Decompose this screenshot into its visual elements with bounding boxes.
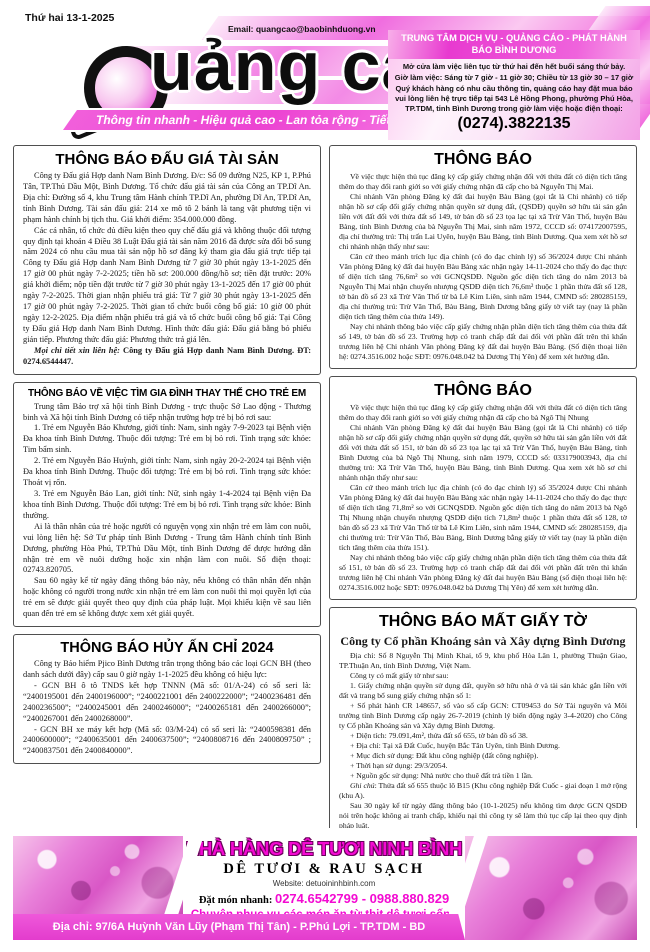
notice-insurance: THÔNG BÁO HỦY ẤN CHỈ 2024 Công ty Bảo hi…: [13, 634, 321, 764]
tagline-text: Thông tin nhanh - Hiệu quả cao - Lan tỏa…: [70, 108, 400, 132]
service-center-box: TRUNG TÂM DỊCH VỤ - QUẢNG CÁO - PHÁT HÀN…: [388, 30, 640, 140]
notice-title: THÔNG BÁO HỦY ẤN CHỈ 2024: [23, 640, 311, 656]
paragraph: + Diện tích: 79.091,4m², thửa đất số 655…: [339, 731, 627, 741]
notice-land-mai: THÔNG BÁO Về việc thực hiện thủ tục đăng…: [329, 145, 637, 369]
notice-adoption: THÔNG BÁO VỀ VIỆC TÌM GIA ĐÌNH THAY THẾ …: [13, 382, 321, 627]
ad-website: Website: detuoininhbinh.com: [183, 879, 465, 888]
paragraph: Chi nhánh Văn phòng Đăng ký đất đai huyệ…: [339, 423, 627, 483]
paragraph: Nay chi nhánh thông báo việc cấp giấy ch…: [339, 322, 627, 362]
paragraph: + Thời hạn sử dụng: 29/3/2054.: [339, 761, 627, 771]
contact-label: Mọi chi tiết xin liên hệ:: [34, 346, 120, 355]
ad-text-panel: NHÀ HÀNG DÊ TƯƠI NINH BÌNH DÊ TƯƠI & RAU…: [183, 836, 465, 914]
paragraph: Địa chỉ: Số 8 Nguyễn Thị Minh Khai, tổ 9…: [339, 651, 627, 671]
email-line: Email: quangcao@baobinhduong.vn: [228, 24, 376, 34]
paragraph: Sau 30 ngày kể từ ngày đăng thông báo (1…: [339, 801, 627, 828]
masthead: Thứ hai 13-1-2025 Email: quangcao@baobin…: [0, 0, 650, 140]
paragraph: + Mục đích sử dụng: Đất khu công nghiệp …: [339, 751, 627, 761]
service-center-body: Mở cửa làm việc liên tục từ thứ hai đến …: [388, 59, 640, 113]
ad-order-line: Đặt món nhanh: 0274.6542799 - 0988.880.8…: [183, 890, 465, 908]
paragraph: Chi nhánh Văn phòng Đăng ký đất đai huyệ…: [339, 192, 627, 252]
ad-photo-left: [13, 836, 183, 914]
paragraph: Công ty Bảo hiểm Pjico Bình Dương trân t…: [23, 659, 311, 681]
paragraph: 1. Trẻ em Nguyễn Bảo Khương, giới tính: …: [23, 423, 311, 456]
ad-order-label: Đặt món nhanh:: [199, 895, 275, 906]
service-hours: Giờ làm việc: Sáng từ 7 giờ - 11 giờ 30;…: [393, 73, 635, 83]
ad-subtitle: DÊ TƯƠI & RAU SẠCH: [183, 861, 465, 878]
ad-title: NHÀ HÀNG DÊ TƯƠI NINH BÌNH: [183, 838, 465, 860]
paragraph: Nay chi nhánh thông báo việc cấp giấy ch…: [339, 553, 627, 593]
notice-title: THÔNG BÁO VỀ VIỆC TÌM GIA ĐÌNH THAY THẾ …: [23, 388, 311, 399]
paragraph: 2. Trẻ em Nguyễn Bảo Huỳnh, giới tính: N…: [23, 456, 311, 489]
notice-auction: THÔNG BÁO ĐẤU GIÁ TÀI SẢN Công ty Đấu gi…: [13, 145, 321, 375]
notice-title: THÔNG BÁO: [339, 151, 627, 169]
paragraph: Công ty Đấu giá Hợp danh Nam Bình Dương.…: [23, 171, 311, 226]
paragraph: 3. Trẻ em Nguyễn Bảo Lan, giới tính: Nữ,…: [23, 489, 311, 522]
service-center-title-line1: TRUNG TÂM DỊCH VỤ - QUẢNG CÁO - PHÁT HÀN…: [390, 33, 638, 45]
tagline-bar: Thông tin nhanh - Hiệu quả cao - Lan tỏa…: [70, 108, 400, 132]
paragraph: Về việc thực hiện thủ tục đăng ký cấp gi…: [339, 403, 627, 423]
contact-line: Mọi chi tiết xin liên hệ: Công ty Đấu gi…: [23, 346, 311, 368]
notice-lost-documents: THÔNG BÁO MẤT GIẤY TỜ Công ty Cổ phần Kh…: [329, 607, 637, 828]
ad-photo-right: [465, 836, 637, 940]
notice-title: THÔNG BÁO ĐẤU GIÁ TÀI SẢN: [23, 151, 311, 168]
newspaper-page: Thứ hai 13-1-2025 Email: quangcao@baobin…: [0, 0, 650, 952]
paragraph: - GCN BH ô tô TNDS kết hợp TNNN (Mã số: …: [23, 681, 311, 725]
content-columns: THÔNG BÁO ĐẤU GIÁ TÀI SẢN Công ty Đấu gi…: [0, 140, 650, 828]
service-phone: (0274).3822135: [388, 115, 640, 133]
right-column: THÔNG BÁO Về việc thực hiện thủ tục đăng…: [329, 145, 637, 828]
paragraph: Công ty có mất giấy tờ như sau:: [339, 671, 627, 681]
paragraph: + Địa chỉ: Tại xã Đất Cuốc, huyện Bắc Tâ…: [339, 741, 627, 751]
paragraph: Trung tâm Bảo trợ xã hội tỉnh Bình Dương…: [23, 402, 311, 424]
paragraph: + Số phát hành CR 148657, số vào sổ cấp …: [339, 701, 627, 731]
paragraph: Ai là thân nhân của trẻ hoặc người có ng…: [23, 522, 311, 577]
service-center-title: TRUNG TÂM DỊCH VỤ - QUẢNG CÁO - PHÁT HÀN…: [388, 30, 640, 59]
paragraph: Căn cứ theo mảnh trích lục địa chính (có…: [339, 483, 627, 553]
note-text: : Thửa đất số 655 thuộc lô B15 (Khu công…: [339, 781, 627, 800]
ad-phone-numbers: 0274.6542799 - 0988.880.829: [275, 891, 449, 906]
notice-subtitle: Công ty Cổ phần Khoáng sản và Xây dựng B…: [339, 634, 627, 649]
paragraph: + Nguồn gốc sử dụng: Nhà nước cho thuê đ…: [339, 771, 627, 781]
ad-address-bar: Địa chỉ: 97/6A Huỳnh Văn Lũy (Phạm Thị T…: [13, 914, 465, 940]
restaurant-ad: NHÀ HÀNG DÊ TƯƠI NINH BÌNH DÊ TƯƠI & RAU…: [13, 836, 637, 940]
paragraph: 1. Giấy chứng nhận quyền sử dụng đất, qu…: [339, 681, 627, 701]
service-center-title-line2: BÁO BÌNH DƯƠNG: [390, 45, 638, 57]
paragraph: Sau 60 ngày kể từ ngày đăng thông báo nà…: [23, 576, 311, 620]
paragraph: Về việc thực hiện thủ tục đăng ký cấp gi…: [339, 172, 627, 192]
notice-title: THÔNG BÁO MẤT GIẤY TỜ: [339, 613, 627, 631]
note-line: Ghi chú: Thửa đất số 655 thuộc lô B15 (K…: [339, 781, 627, 801]
left-column: THÔNG BÁO ĐẤU GIÁ TÀI SẢN Công ty Đấu gi…: [13, 145, 321, 828]
paragraph: Căn cứ theo mảnh trích lục địa chính (có…: [339, 252, 627, 322]
paragraph: Các cá nhân, tổ chức đủ điều kiện theo q…: [23, 226, 311, 346]
paragraph: - GCN BH xe máy kết hợp (Mã số: 03/M-24)…: [23, 725, 311, 758]
service-contact: Quý khách hàng có nhu cầu thông tin, quả…: [393, 84, 635, 114]
note-label: Ghi chú: [350, 781, 375, 790]
issue-date: Thứ hai 13-1-2025: [25, 12, 114, 24]
notice-title: THÔNG BÁO: [339, 382, 627, 400]
service-hours: Mở cửa làm việc liên tục từ thứ hai đến …: [393, 62, 635, 72]
notice-land-nhung: THÔNG BÁO Về việc thực hiện thủ tục đăng…: [329, 376, 637, 600]
